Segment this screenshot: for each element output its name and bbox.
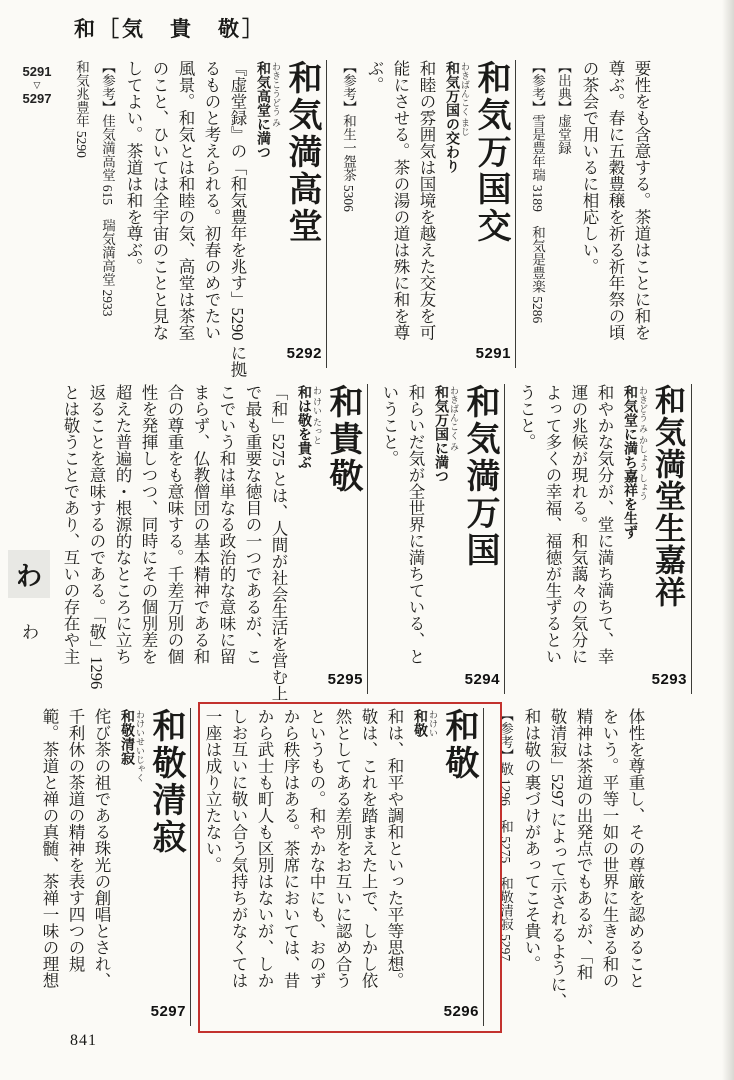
entry-heading: 和貴敬 わ けい たっと 和は敬を貴ぶ 5295 xyxy=(291,384,368,694)
text-column: 超えた普遍的・根源的なところに立ち xyxy=(109,384,135,694)
entry-number: 5294 xyxy=(465,667,500,693)
text-column: で最も重要な徳目の一つであるが、こ xyxy=(239,384,265,694)
entry-heading: 和気満万国 わきばんこく み 和気万国に満つ 5294 xyxy=(428,384,505,694)
text-column: 然としてある差別をお互いに認め合う xyxy=(329,708,355,1026)
entry-number: 5292 xyxy=(287,341,322,367)
entry-5295-continuation: 体性を尊重し、その尊厳を認めること をいう。平等一如の世界に生きる和の 精神は茶… xyxy=(492,708,648,1026)
entry-heading: 和敬 わけい 和敬 5296 xyxy=(407,708,484,1026)
entry-5292: 和気満高堂 わきこうどう み 和気高堂に満つ 5292 『虚堂録』の「和気豊年を… xyxy=(68,60,327,368)
running-head: 和［気 貴 敬］ xyxy=(74,13,266,43)
text-column: よって多くの幸福、福徳が生ずるとい xyxy=(539,384,565,694)
entry-5297: 和敬清寂 わけいせいじゃく 和敬清寂 5297 侘び茶の祖である珠光の創唱とされ… xyxy=(36,708,191,1026)
entry-5295: 和貴敬 わ けい たっと 和は敬を貴ぶ 5295 「和」5275 とは、人間が社… xyxy=(57,384,368,694)
entry-furigana: わけい xyxy=(428,710,438,1026)
entry-furigana: わ けい たっと xyxy=(312,386,322,694)
entry-reading: 和気万国に満つ xyxy=(431,385,449,694)
entry-heading: 和気満高堂 わきこうどう み 和気高堂に満つ 5292 xyxy=(250,60,327,368)
text-column: 和やかな気分が、堂に満ち満ちて、幸 xyxy=(591,384,617,694)
entry-reading: 和気高堂に満つ xyxy=(253,61,271,368)
text-column: 侘び茶の祖である珠光の創唱とされ、 xyxy=(88,708,114,1026)
text-column: るものと考えられる。初春のめでたい xyxy=(198,60,224,368)
text-column: 敬清寂」5297 によって示されるように、 xyxy=(544,708,570,1026)
entry-number: 5291 xyxy=(476,341,511,367)
reference-line: 【参考】敬 1296 和 5275 和敬清寂 5297 xyxy=(492,708,518,1026)
entry-number: 5293 xyxy=(652,667,687,693)
text-column: 敬は、これを踏まえた上で、しかし依 xyxy=(355,708,381,1026)
text-column: をいう。平等一如の世界に生きる和の xyxy=(596,708,622,1026)
text-column: 『虚堂録』の「和気豊年を兆す」5290 に拠 xyxy=(224,60,250,368)
text-column: 能にさせる。茶の湯の道は殊に和を尊 xyxy=(387,60,413,368)
range-from: 5291 xyxy=(23,64,52,79)
text-column: 体性を尊重し、その尊厳を認めること xyxy=(622,708,648,1026)
entry-reading: 和気万国の交わり xyxy=(442,61,460,368)
entry-heading: 和気満堂生嘉祥 わきどう み かしょう しょう 和気堂に満ち嘉祥を生ず 5293 xyxy=(617,384,692,694)
range-to: 5297 xyxy=(23,91,52,106)
text-column: うこと。 xyxy=(513,384,539,694)
side-tab-wa: わ xyxy=(8,550,50,598)
entry-reading: 和は敬を貴ぶ xyxy=(294,385,312,694)
entry-furigana: わきばんこく み xyxy=(449,386,459,694)
text-column: の茶会で用いるに相応しい。 xyxy=(576,60,602,368)
entry-furigana: わきばんこく まじ xyxy=(460,62,470,368)
entry-5293: 和気満堂生嘉祥 わきどう み かしょう しょう 和気堂に満ち嘉祥を生ず 5293… xyxy=(513,384,692,694)
entry-title: 和気万国交 xyxy=(470,60,510,368)
range-triangle-icon: ▽ xyxy=(14,81,60,91)
text-column: いうこと。 xyxy=(376,384,402,694)
entry-title: 和貴敬 xyxy=(322,384,362,694)
text-column: 「和」5275 とは、人間が社会生活を営む上 xyxy=(265,384,291,694)
entry-reading: 和敬 xyxy=(410,709,428,1026)
text-column: 和は、和平や調和といった平等思想。 xyxy=(381,708,407,1026)
text-column: 尊ぶ。春に五穀豊穣を祈る祈年祭の頃 xyxy=(602,60,628,368)
text-column: から武士も町人も区別はないが、しか xyxy=(251,708,277,1026)
text-column: 風景。和気とは和睦の気、高堂は茶室 xyxy=(172,60,198,368)
entry-number: 5295 xyxy=(328,667,363,693)
text-column: 一座は成り立たない。 xyxy=(199,708,225,1026)
entry-heading: 和敬清寂 わけいせいじゃく 和敬清寂 5297 xyxy=(114,708,191,1026)
source-line: 【出典】虚堂録 xyxy=(550,60,576,368)
entry-5296: 和敬 わけい 和敬 5296 和は、和平や調和といった平等思想。 敬は、これを踏… xyxy=(199,708,484,1026)
entry-title: 和気満高堂 xyxy=(281,60,321,368)
band-middle: 和気満堂生嘉祥 わきどう み かしょう しょう 和気堂に満ち嘉祥を生ず 5293… xyxy=(57,384,692,694)
text-column: こでいう和は単なる政治的な意味に留 xyxy=(213,384,239,694)
text-column: 合の尊重をも意味する。千差万別の個 xyxy=(161,384,187,694)
entry-furigana: わきこうどう み xyxy=(271,62,281,368)
entry-title: 和敬清寂 xyxy=(145,708,185,1026)
reference-line: 【参考】佳気満高堂 615 瑞気満高堂 2933 xyxy=(94,60,120,368)
text-column: 運の兆候が現れる。和気藹々の気分に xyxy=(565,384,591,694)
entry-number: 5296 xyxy=(444,999,479,1025)
page-number: 841 xyxy=(70,1032,97,1050)
entry-furigana: わきどう み かしょう しょう xyxy=(638,386,648,694)
band-top: 要性をも含意する。茶道はことに和を 尊ぶ。春に五穀豊穣を祈る祈年祭の頃 の茶会で… xyxy=(68,60,654,368)
text-column: のこと、ひいては全宇宙のことと見な xyxy=(146,60,172,368)
text-column: 範。茶道と禅の真髄、茶禅一味の理想 xyxy=(36,708,62,1026)
text-column: 和は敬の裏づけがあってこそ貴い。 xyxy=(518,708,544,1026)
entry-reading: 和気堂に満ち嘉祥を生ず xyxy=(620,385,638,694)
entry-title: 和敬 xyxy=(438,708,478,1026)
text-column: 和睦の雰囲気は国境を越えた交友を可 xyxy=(413,60,439,368)
text-column: 精神は茶道の出発点でもあるが、「和 xyxy=(570,708,596,1026)
text-column: 千利休の茶道の精神を表す四つの規 xyxy=(62,708,88,1026)
text-column: しお互いに敬い合う気持ちがなくては xyxy=(225,708,251,1026)
reference-line: 【参考】和生一盌茶 5306 xyxy=(335,60,361,368)
entry-previous-continuation: 要性をも含意する。茶道はことに和を 尊ぶ。春に五穀豊穣を祈る祈年祭の頃 の茶会で… xyxy=(524,60,654,368)
entry-title: 和気満堂生嘉祥 xyxy=(648,384,686,694)
band-bottom: 体性を尊重し、その尊厳を認めること をいう。平等一如の世界に生きる和の 精神は茶… xyxy=(36,708,648,1026)
entry-title: 和気満万国 xyxy=(459,384,499,694)
text-column: 性を発揮しつつ、同時にその個別差を xyxy=(135,384,161,694)
text-column: 和らいだ気が全世界に満ちている、と xyxy=(402,384,428,694)
text-column: まらず、仏教僧団の基本精神である和 xyxy=(187,384,213,694)
reference-line: 【参考】雪是豊年瑞 3189 和気是豊楽 5286 xyxy=(524,60,550,368)
page-edge-shadow xyxy=(722,0,734,1080)
entry-5291: 和気万国交 わきばんこく まじ 和気万国の交わり 5291 和睦の雰囲気は国境を… xyxy=(335,60,516,368)
entry-range-marker: 5291 ▽ 5297 xyxy=(14,64,60,108)
reference-line: 和気兆豊年 5290 xyxy=(68,60,94,368)
entry-heading: 和気万国交 わきばんこく まじ 和気万国の交わり 5291 xyxy=(439,60,516,368)
side-tab-wa-small: わ xyxy=(22,618,39,643)
text-column: してよい。茶道は和を尊ぶ。 xyxy=(120,60,146,368)
text-column: 返ることを意味するのである。「敬」1296 xyxy=(83,384,109,694)
entry-reading: 和敬清寂 xyxy=(117,709,135,1026)
entry-5294: 和気満万国 わきばんこく み 和気万国に満つ 5294 和らいだ気が全世界に満ち… xyxy=(376,384,505,694)
entry-furigana: わけいせいじゃく xyxy=(135,710,145,1026)
text-column: とは敬うことであり、互いの存在や主 xyxy=(57,384,83,694)
text-column: から秩序はある。茶席においては、昔 xyxy=(277,708,303,1026)
entry-number: 5297 xyxy=(151,999,186,1025)
text-column: 要性をも含意する。茶道はことに和を xyxy=(628,60,654,368)
text-column: ぶ。 xyxy=(361,60,387,368)
text-column: というもの。和やかな中にも、おのず xyxy=(303,708,329,1026)
